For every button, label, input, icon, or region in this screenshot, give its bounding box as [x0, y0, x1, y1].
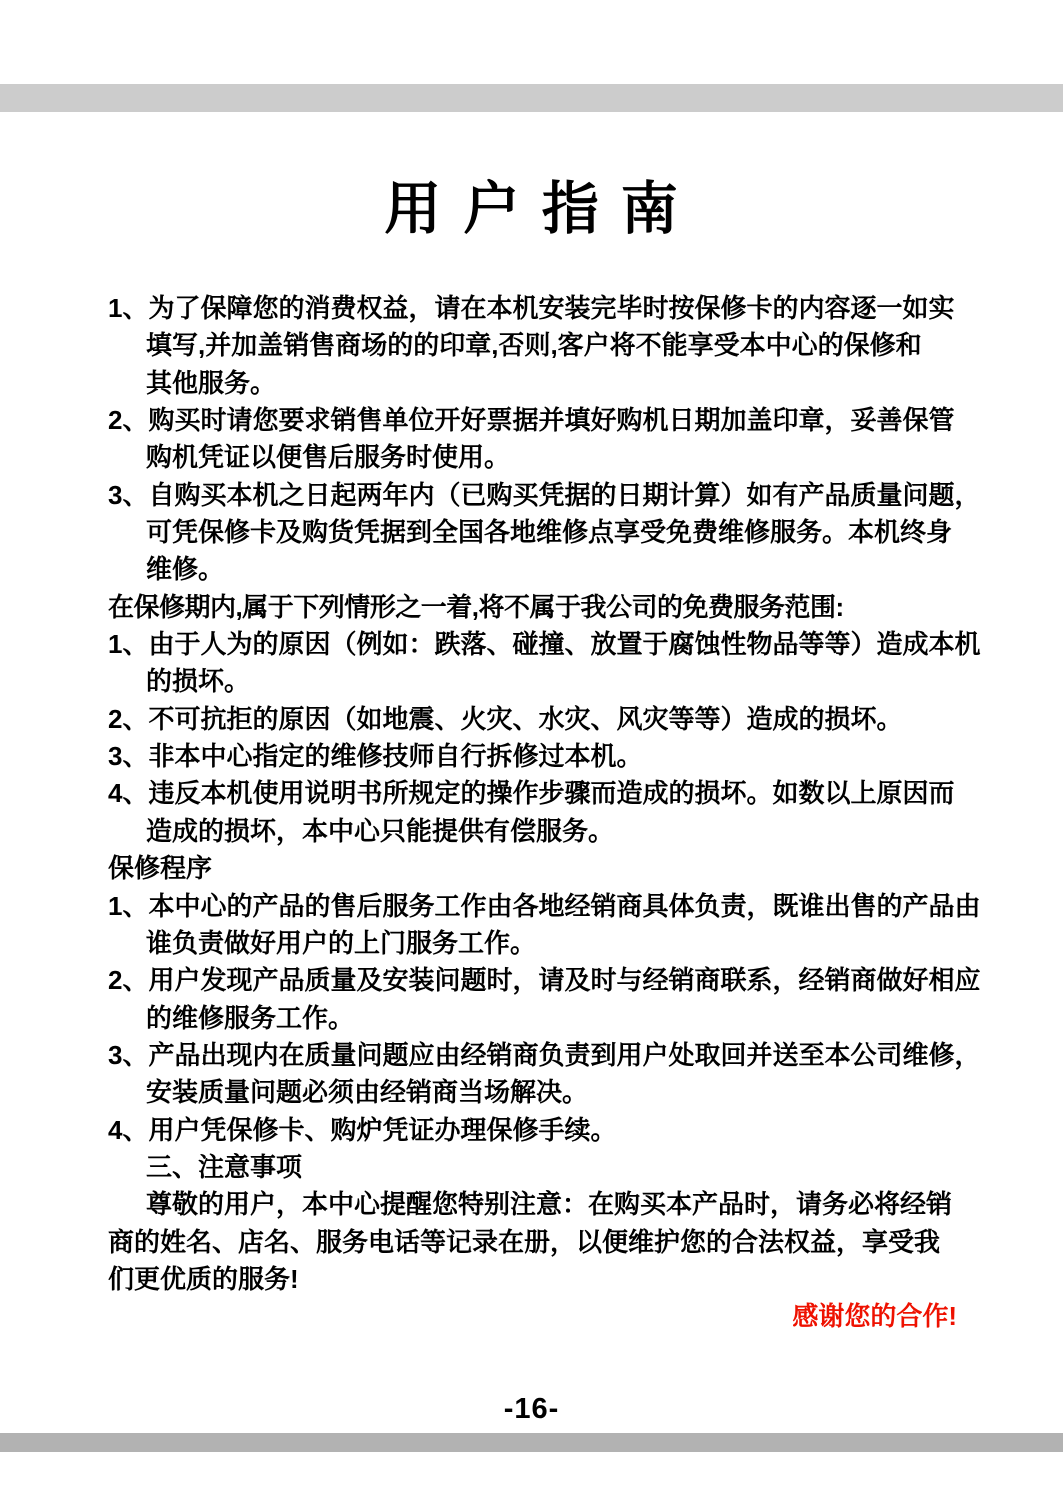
text-line: 2、用户发现产品质量及安装问题时，请及时与经销商联系，经销商做好相应: [108, 962, 968, 999]
text-line: 谁负责做好用户的上门服务工作。: [108, 925, 968, 962]
text-line: 保修程序: [108, 850, 968, 887]
text-line: 尊敬的用户，本中心提醒您特别注意：在购买本产品时，请务必将经销: [108, 1186, 968, 1223]
bottom-divider-bar: [0, 1433, 1063, 1452]
text-line: 可凭保修卡及购货凭据到全国各地维修点享受免费维修服务。本机终身: [108, 514, 968, 551]
page-title: 用 户 指 南: [0, 178, 1063, 240]
top-divider-bar: [0, 84, 1063, 112]
text-line: 1、由于人为的原因（例如：跌落、碰撞、放置于腐蚀性物品等等）造成本机: [108, 626, 968, 663]
text-line: 4、用户凭保修卡、购炉凭证办理保修手续。: [108, 1112, 968, 1149]
page-number: -16-: [0, 1393, 1063, 1426]
text-line: 3、产品出现内在质量问题应由经销商负责到用户处取回并送至本公司维修，: [108, 1037, 968, 1074]
text-line: 的损坏。: [108, 663, 968, 700]
text-line: 维修。: [108, 551, 968, 588]
text-line: 2、购买时请您要求销售单位开好票据并填好购机日期加盖印章，妥善保管: [108, 402, 968, 439]
body-text: 1、为了保障您的消费权益，请在本机安装完毕时按保修卡的内容逐一如实填写,并加盖销…: [108, 290, 968, 1298]
text-line: 其他服务。: [108, 365, 968, 402]
text-line: 安装质量问题必须由经销商当场解决。: [108, 1074, 968, 1111]
text-line: 2、不可抗拒的原因（如地震、火灾、水灾、风灾等等）造成的损坏。: [108, 701, 968, 738]
text-line: 三、注意事项: [108, 1149, 968, 1186]
text-line: 们更优质的服务!: [108, 1261, 968, 1298]
text-line: 商的姓名、店名、服务电话等记录在册，以便维护您的合法权益，享受我: [108, 1224, 968, 1261]
document-page: 用 户 指 南 1、为了保障您的消费权益，请在本机安装完毕时按保修卡的内容逐一如…: [0, 0, 1063, 1500]
text-line: 造成的损坏，本中心只能提供有偿服务。: [108, 813, 968, 850]
text-line: 在保修期内,属于下列情形之一着,将不属于我公司的免费服务范围:: [108, 589, 968, 626]
text-line: 1、为了保障您的消费权益，请在本机安装完毕时按保修卡的内容逐一如实: [108, 290, 968, 327]
text-line: 3、自购买本机之日起两年内（已购买凭据的日期计算）如有产品质量问题，: [108, 477, 968, 514]
text-line: 3、非本中心指定的维修技师自行拆修过本机。: [108, 738, 968, 775]
text-line: 的维修服务工作。: [108, 1000, 968, 1037]
thanks-note: 感谢您的合作!: [792, 1296, 957, 1333]
text-line: 填写,并加盖销售商场的的印章,否则,客户将不能享受本中心的保修和: [108, 327, 968, 364]
text-line: 购机凭证以便售后服务时使用。: [108, 439, 968, 476]
text-line: 1、本中心的产品的售后服务工作由各地经销商具体负责，既谁出售的产品由: [108, 888, 968, 925]
text-line: 4、违反本机使用说明书所规定的操作步骤而造成的损坏。如数以上原因而: [108, 775, 968, 812]
